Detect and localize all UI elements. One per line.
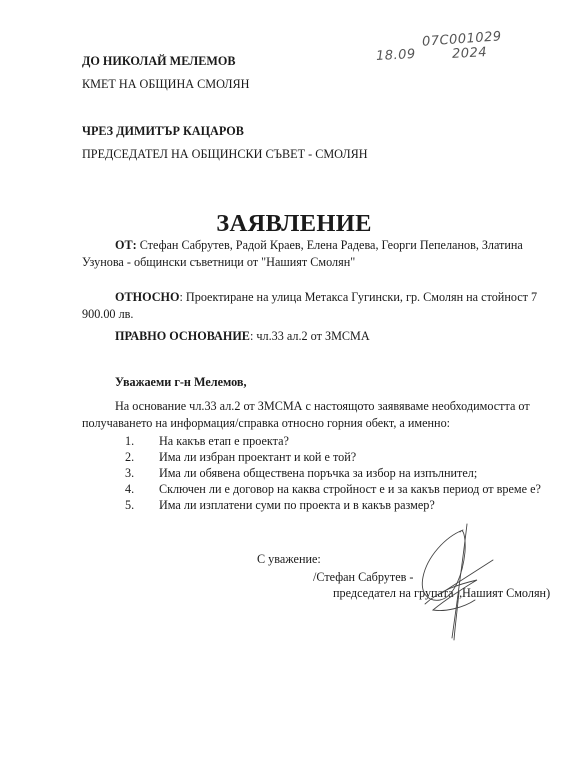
question-text: Има ли избран проектант и кой е той? <box>159 450 356 464</box>
question-item: 4.Сключен ли е договор на каква стройнос… <box>125 482 541 497</box>
closing-signer: /Стефан Сабрутев - <box>313 570 413 585</box>
question-number: 2. <box>125 450 159 465</box>
question-number: 3. <box>125 466 159 481</box>
question-number: 4. <box>125 482 159 497</box>
body-line-2: получаването на информация/справка относ… <box>82 416 450 431</box>
from-text-1: Стефан Сабрутев, Радой Краев, Елена Раде… <box>137 238 523 252</box>
legal-basis-label: ПРАВНО ОСНОВАНИЕ <box>115 329 250 343</box>
from-label: ОТ: <box>115 238 137 252</box>
question-text: Сключен ли е договор на каква стройност … <box>159 482 541 496</box>
question-text: Има ли изплатени суми по проекта и в как… <box>159 498 435 512</box>
from-text-2: Узунова - общински съветници от "Нашият … <box>82 255 355 270</box>
question-number: 5. <box>125 498 159 513</box>
document-page: ДО НИКОЛАЙ МЕЛЕМОВ КМЕТ НА ОБЩИНА СМОЛЯН… <box>0 0 588 774</box>
question-text: Има ли обявена обществена поръчка за изб… <box>159 466 477 480</box>
question-item: 1.На какъв етап е проекта? <box>125 434 289 449</box>
from-line-1: ОТ: Стефан Сабрутев, Радой Краев, Елена … <box>115 238 540 253</box>
body-line-1: На основание чл.33 ал.2 от ЗМСМА с насто… <box>115 399 530 414</box>
closing-regards: С уважение: <box>257 552 321 567</box>
document-title: ЗАЯВЛЕНИЕ <box>0 210 588 238</box>
via-title: ПРЕДСЕДАТЕЛ НА ОБЩИНСКИ СЪВЕТ - СМОЛЯН <box>82 147 368 162</box>
subject-text-1: : Проектиране на улица Метакса Гугински,… <box>179 290 537 304</box>
via-name: ЧРЕЗ ДИМИТЪР КАЦАРОВ <box>82 124 244 139</box>
registration-year: 2024 <box>452 45 488 62</box>
question-number: 1. <box>125 434 159 449</box>
subject-text-2: 900.00 лв. <box>82 307 133 322</box>
subject-label: ОТНОСНО <box>115 290 179 304</box>
registration-date: 18.09 <box>376 47 416 64</box>
question-text: На какъв етап е проекта? <box>159 434 289 448</box>
legal-basis-text: : чл.33 ал.2 от ЗМСМА <box>250 329 370 343</box>
recipient-title: КМЕТ НА ОБЩИНА СМОЛЯН <box>82 77 249 92</box>
salutation: Уважаеми г-н Мелемов, <box>115 375 247 390</box>
question-item: 2.Има ли избран проектант и кой е той? <box>125 450 356 465</box>
question-item: 5.Има ли изплатени суми по проекта и в к… <box>125 498 435 513</box>
legal-basis: ПРАВНО ОСНОВАНИЕ: чл.33 ал.2 от ЗМСМА <box>115 329 370 344</box>
registration-stamp: 07С001029 18.09 2024 <box>360 30 510 100</box>
recipient-name: ДО НИКОЛАЙ МЕЛЕМОВ <box>82 54 235 69</box>
signature-icon <box>405 522 505 642</box>
subject-line-1: ОТНОСНО: Проектиране на улица Метакса Гу… <box>115 290 537 305</box>
question-item: 3.Има ли обявена обществена поръчка за и… <box>125 466 477 481</box>
